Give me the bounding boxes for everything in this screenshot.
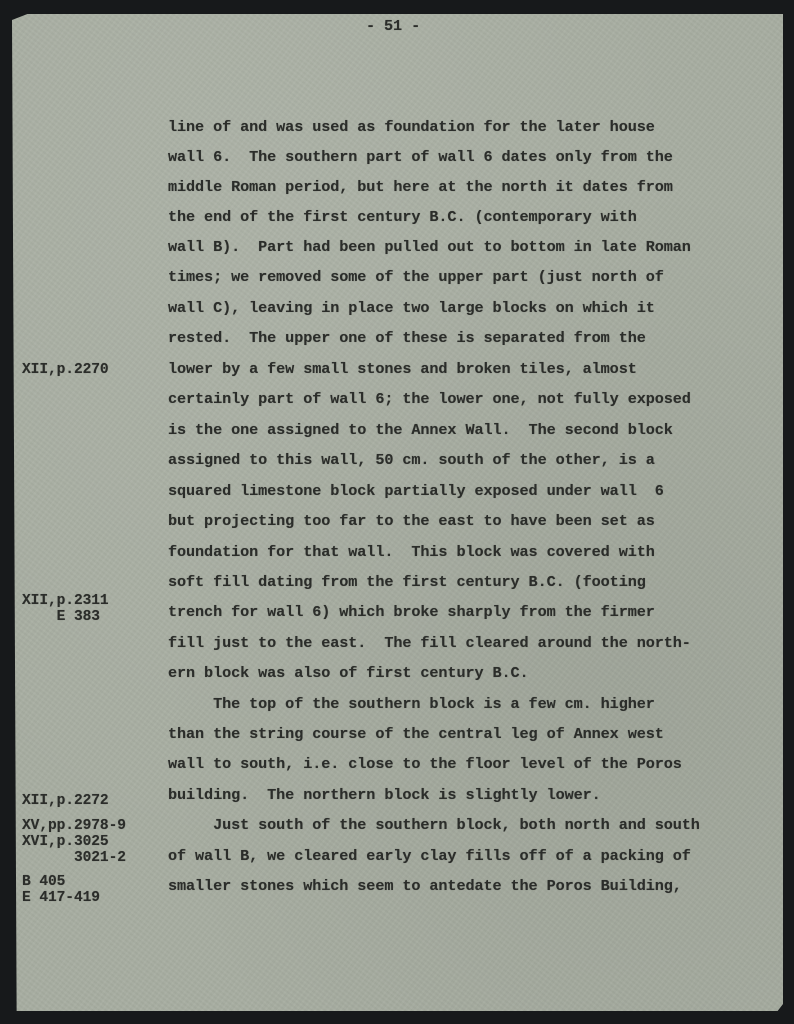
body-line: soft fill dating from the first century … xyxy=(168,573,646,591)
body-line: of wall B, we cleared early clay fills o… xyxy=(168,847,691,865)
body-line: rested. The upper one of these is separa… xyxy=(168,329,646,347)
body-line: than the string course of the central le… xyxy=(168,725,664,743)
body-line: the end of the first century B.C. (conte… xyxy=(168,208,637,226)
body-line: wall to south, i.e. close to the floor l… xyxy=(168,755,682,773)
margin-reference: XII,p.2270 xyxy=(22,362,109,378)
body-line: is the one assigned to the Annex Wall. T… xyxy=(168,421,673,439)
margin-reference: XVI,p.3025 xyxy=(22,834,109,850)
body-line: middle Roman period, but here at the nor… xyxy=(168,178,673,196)
body-line: wall 6. The southern part of wall 6 date… xyxy=(168,148,673,166)
body-line: smaller stones which seem to antedate th… xyxy=(168,877,682,895)
body-line: times; we removed some of the upper part… xyxy=(168,268,664,286)
page-number: - 51 - xyxy=(366,17,420,35)
body-line: certainly part of wall 6; the lower one,… xyxy=(168,390,691,408)
body-line: trench for wall 6) which broke sharply f… xyxy=(168,603,655,621)
body-line: ern block was also of first century B.C. xyxy=(168,664,529,682)
body-line: wall B). Part had been pulled out to bot… xyxy=(168,238,691,256)
body-line: line of and was used as foundation for t… xyxy=(168,118,655,136)
margin-reference: XII,p.2272 xyxy=(22,793,109,809)
margin-reference: 3021-2 xyxy=(22,850,126,866)
body-line: squared limestone block partially expose… xyxy=(168,482,664,500)
body-line: but projecting too far to the east to ha… xyxy=(168,512,655,530)
body-line: building. The northern block is slightly… xyxy=(168,786,601,804)
body-line: foundation for that wall. This block was… xyxy=(168,543,655,561)
body-line: assigned to this wall, 50 cm. south of t… xyxy=(168,451,655,469)
body-line: Just south of the southern block, both n… xyxy=(168,816,700,834)
margin-reference: XII,p.2311 xyxy=(22,593,109,609)
body-line: lower by a few small stones and broken t… xyxy=(168,360,637,378)
margin-reference: E 417-419 xyxy=(22,890,100,906)
body-line: The top of the southern block is a few c… xyxy=(168,695,655,713)
body-line: wall C), leaving in place two large bloc… xyxy=(168,299,655,317)
margin-reference: E 383 xyxy=(22,609,100,625)
margin-reference: B 405 xyxy=(22,874,65,890)
margin-reference: XV,pp.2978-9 xyxy=(22,818,126,834)
body-line: fill just to the east. The fill cleared … xyxy=(168,634,691,652)
